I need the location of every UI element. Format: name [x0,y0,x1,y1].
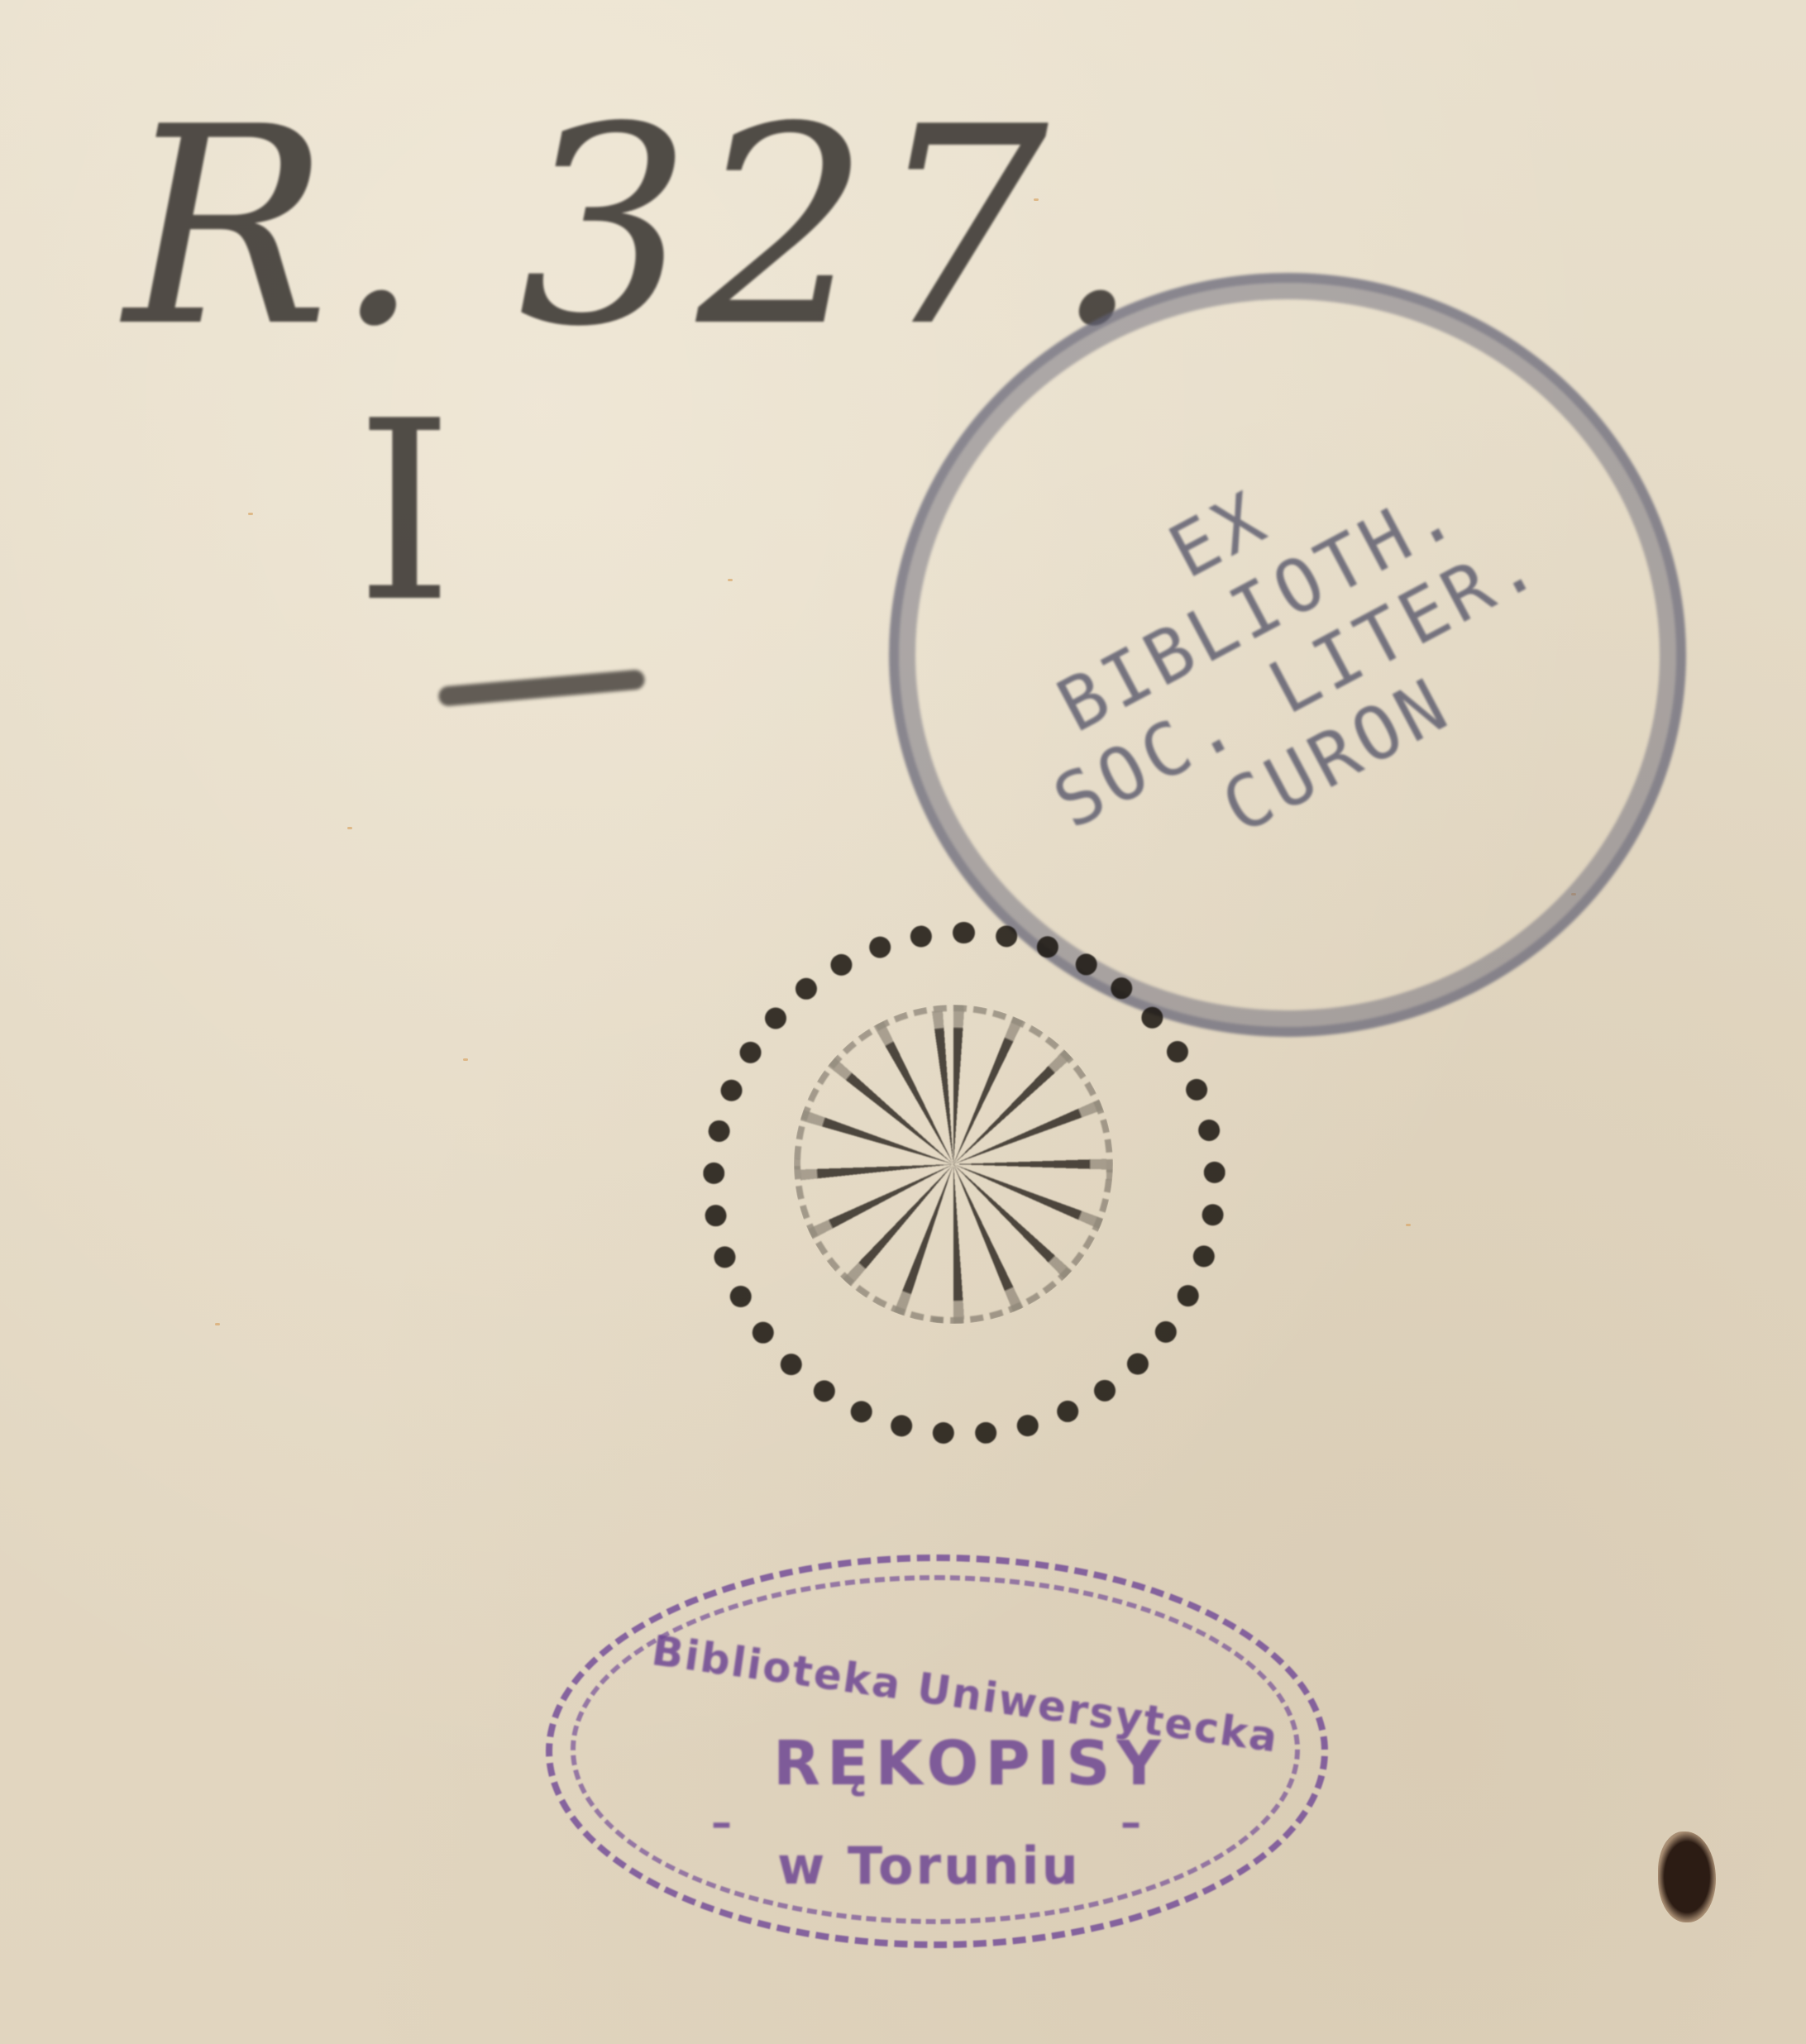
paper-fleck [1406,1224,1411,1226]
paper-fleck [215,1323,220,1325]
oval-stamp-bottom-line: w Toruniu [777,1836,1081,1896]
ink-stain [1658,1831,1716,1922]
paper-fleck [347,827,352,829]
paper-fleck [463,1058,468,1061]
seal-emblem-icon [794,1005,1113,1324]
oval-stamp-middle-line: RĘKOPISY [773,1728,1168,1799]
paper-fleck [728,579,733,581]
handwritten-shelfmark: R. 327. [124,91,1145,364]
handwritten-volume-number: I [356,389,454,637]
paper-fleck [248,513,253,515]
oval-stamp-dash-left: – [711,1798,732,1846]
oval-stamp-dash-right: – [1120,1798,1141,1846]
